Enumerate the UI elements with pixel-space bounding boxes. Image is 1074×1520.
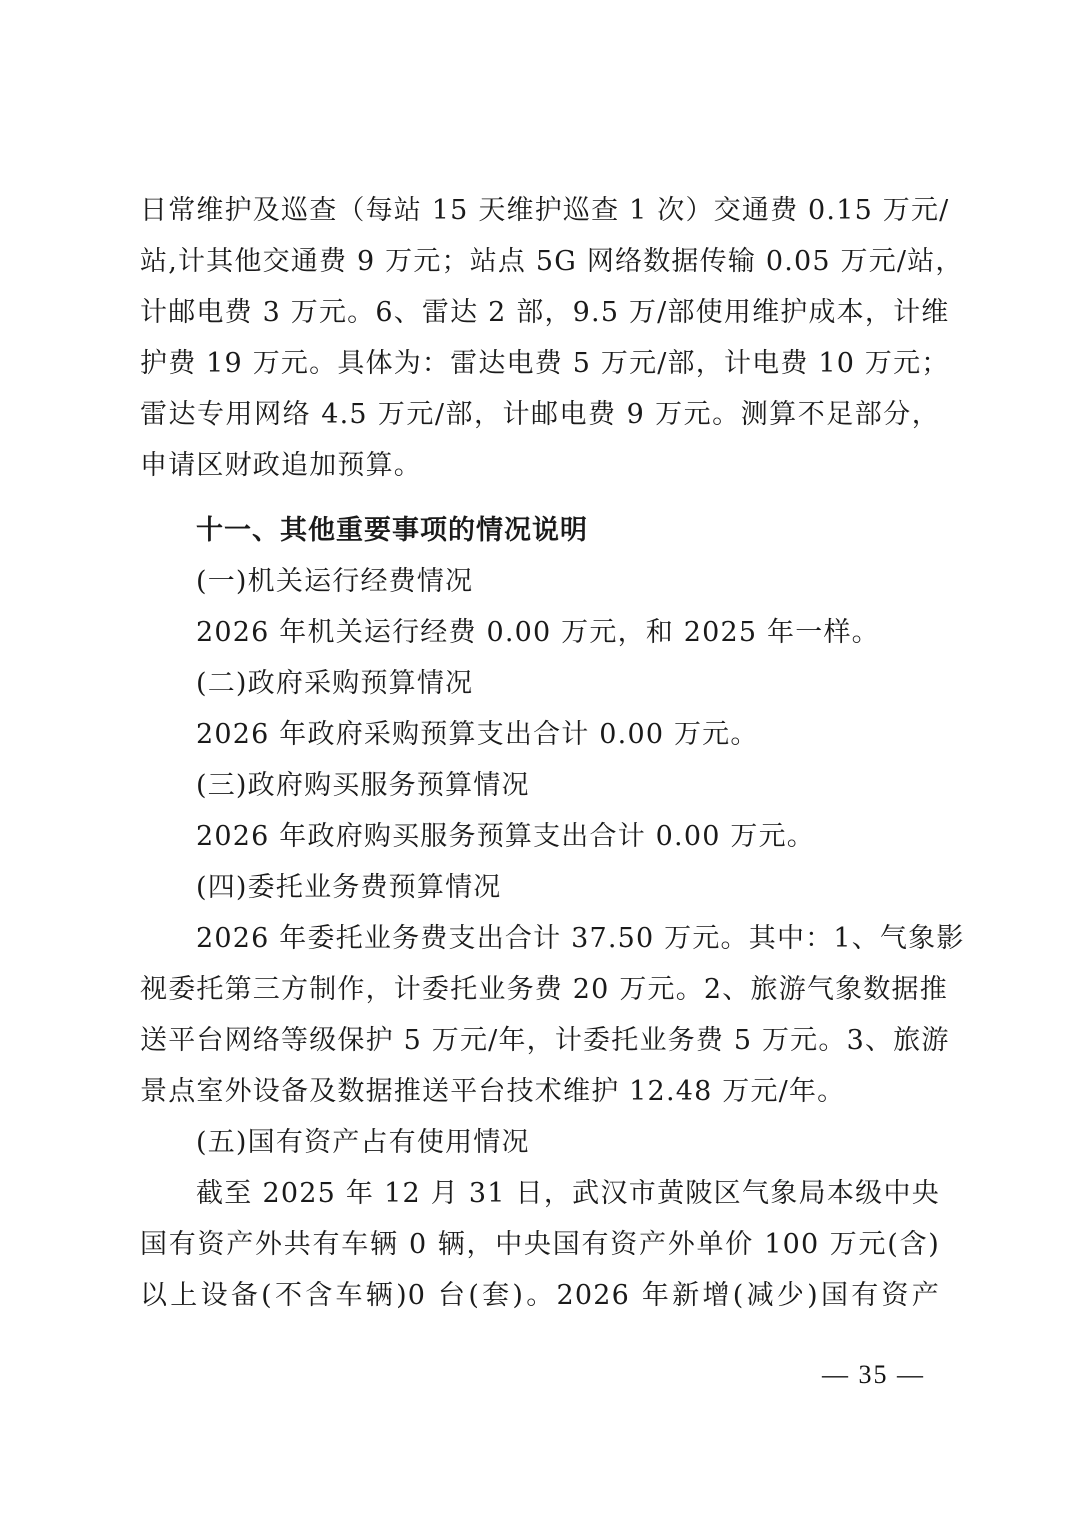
body-text-line: 国有资产外共有车辆 0 辆，中央国有资产外单价 100 万元(含): [140, 1228, 940, 1262]
section-heading: 十一、其他重要事项的情况说明: [196, 514, 996, 548]
body-text-line: 2026 年机关运行经费 0.00 万元，和 2025 年一样。: [196, 616, 996, 650]
body-text-line: 2026 年政府购买服务预算支出合计 0.00 万元。: [196, 820, 996, 854]
body-text-line: 计邮电费 3 万元。6、雷达 2 部，9.5 万/部使用维护成本，计维: [140, 296, 940, 330]
subsection-title: (一)机关运行经费情况: [196, 565, 996, 599]
body-text-line: 站,计其他交通费 9 万元；站点 5G 网络数据传输 0.05 万元/站，: [140, 245, 940, 279]
body-text-line: 2026 年政府采购预算支出合计 0.00 万元。: [196, 718, 996, 752]
body-text-line: 雷达专用网络 4.5 万元/部，计邮电费 9 万元。测算不足部分，: [140, 398, 940, 432]
body-text-line: 送平台网络等级保护 5 万元/年，计委托业务费 5 万元。3、旅游: [140, 1024, 940, 1058]
body-text-line: 以上设备(不含车辆)0 台(套)。2026 年新增(减少)国有资产: [140, 1279, 940, 1313]
body-text-line: 2026 年委托业务费支出合计 37.50 万元。其中：1、气象影: [196, 922, 940, 956]
body-text-line: 护费 19 万元。具体为：雷达电费 5 万元/部，计电费 10 万元；: [140, 347, 940, 381]
subsection-title: (五)国有资产占有使用情况: [196, 1126, 996, 1160]
body-text-line: 视委托第三方制作，计委托业务费 20 万元。2、旅游气象数据推: [140, 973, 940, 1007]
subsection-title: (三)政府购买服务预算情况: [196, 769, 996, 803]
body-text-line: 日常维护及巡查（每站 15 天维护巡查 1 次）交通费 0.15 万元/: [140, 194, 940, 228]
document-page: 日常维护及巡查（每站 15 天维护巡查 1 次）交通费 0.15 万元/ 站,计…: [0, 0, 1074, 1520]
body-text-line: 景点室外设备及数据推送平台技术维护 12.48 万元/年。: [140, 1075, 940, 1109]
body-text-line: 截至 2025 年 12 月 31 日，武汉市黄陂区气象局本级中央: [196, 1177, 940, 1211]
subsection-title: (二)政府采购预算情况: [196, 667, 996, 701]
body-text-line: 申请区财政追加预算。: [140, 449, 940, 483]
subsection-title: (四)委托业务费预算情况: [196, 871, 996, 905]
page-number: — 35 —: [822, 1360, 925, 1390]
